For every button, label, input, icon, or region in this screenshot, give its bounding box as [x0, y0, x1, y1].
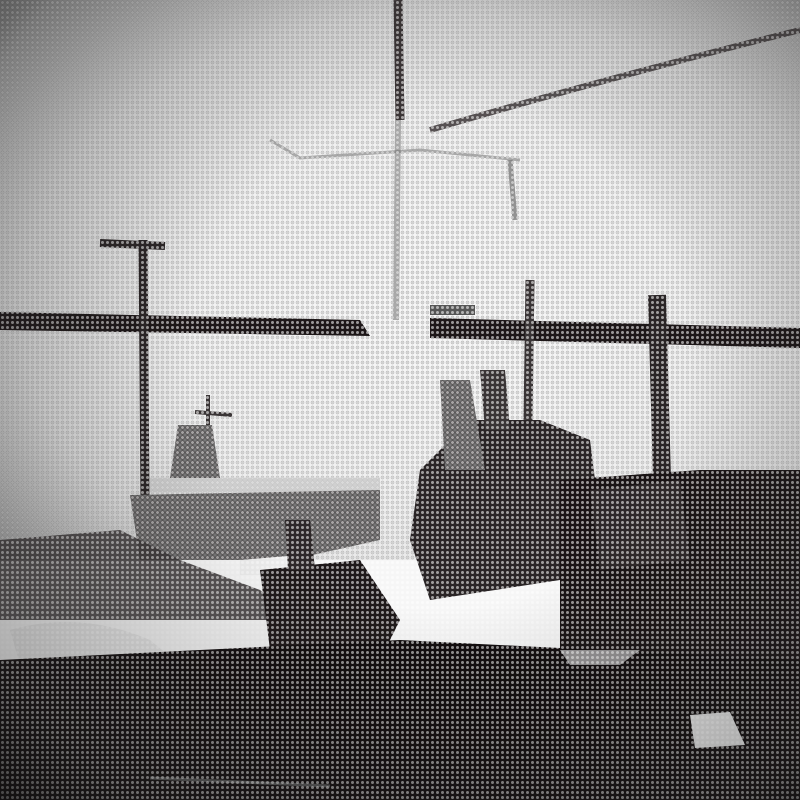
- mast: [398, 0, 400, 120]
- dock-foreground: [0, 640, 800, 800]
- photo-illustration: [0, 0, 800, 800]
- utility-pole: [143, 240, 145, 500]
- halftone-harbor-photo: [0, 0, 800, 800]
